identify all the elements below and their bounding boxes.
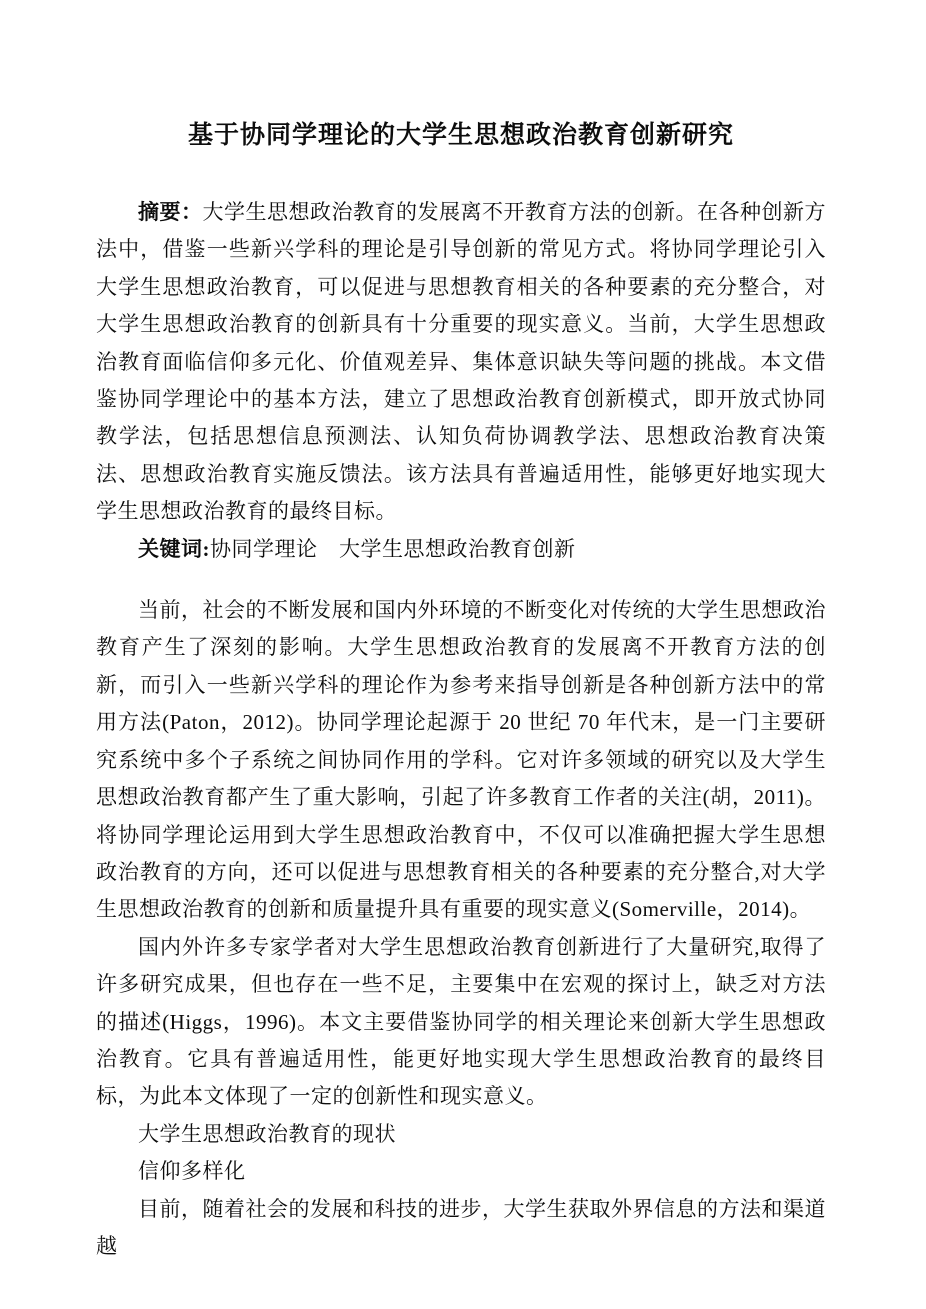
document-page: 基于协同学理论的大学生思想政治教育创新研究 摘要：大学生思想政治教育的发展离不开… [0, 0, 926, 1309]
section-heading-current-status: 大学生思想政治教育的现状 [96, 1116, 826, 1153]
document-body: 摘要：大学生思想政治教育的发展离不开教育方法的创新。在各种创新方法中，借鉴一些新… [96, 194, 826, 1265]
subsection-heading-belief-diversification: 信仰多样化 [96, 1153, 826, 1190]
page-title: 基于协同学理论的大学生思想政治教育创新研究 [0, 0, 926, 154]
abstract-text: 大学生思想政治教育的发展离不开教育方法的创新。在各种创新方法中，借鉴一些新兴学科… [96, 200, 826, 523]
keywords-text: 协同学理论 大学生思想政治教育创新 [210, 537, 576, 561]
final-paragraph: 目前，随着社会的发展和科技的进步，大学生获取外界信息的方法和渠道越 [96, 1191, 826, 1266]
abstract-paragraph: 摘要：大学生思想政治教育的发展离不开教育方法的创新。在各种创新方法中，借鉴一些新… [96, 194, 826, 531]
keywords-label: 关键词: [138, 537, 210, 561]
body-paragraph-2: 国内外许多专家学者对大学生思想政治教育创新进行了大量研究,取得了许多研究成果，但… [96, 929, 826, 1116]
body-paragraph-1: 当前，社会的不断发展和国内外环境的不断变化对传统的大学生思想政治教育产生了深刻的… [96, 592, 826, 929]
keywords-paragraph: 关键词:协同学理论 大学生思想政治教育创新 [96, 531, 826, 568]
abstract-label: 摘要： [138, 200, 203, 224]
